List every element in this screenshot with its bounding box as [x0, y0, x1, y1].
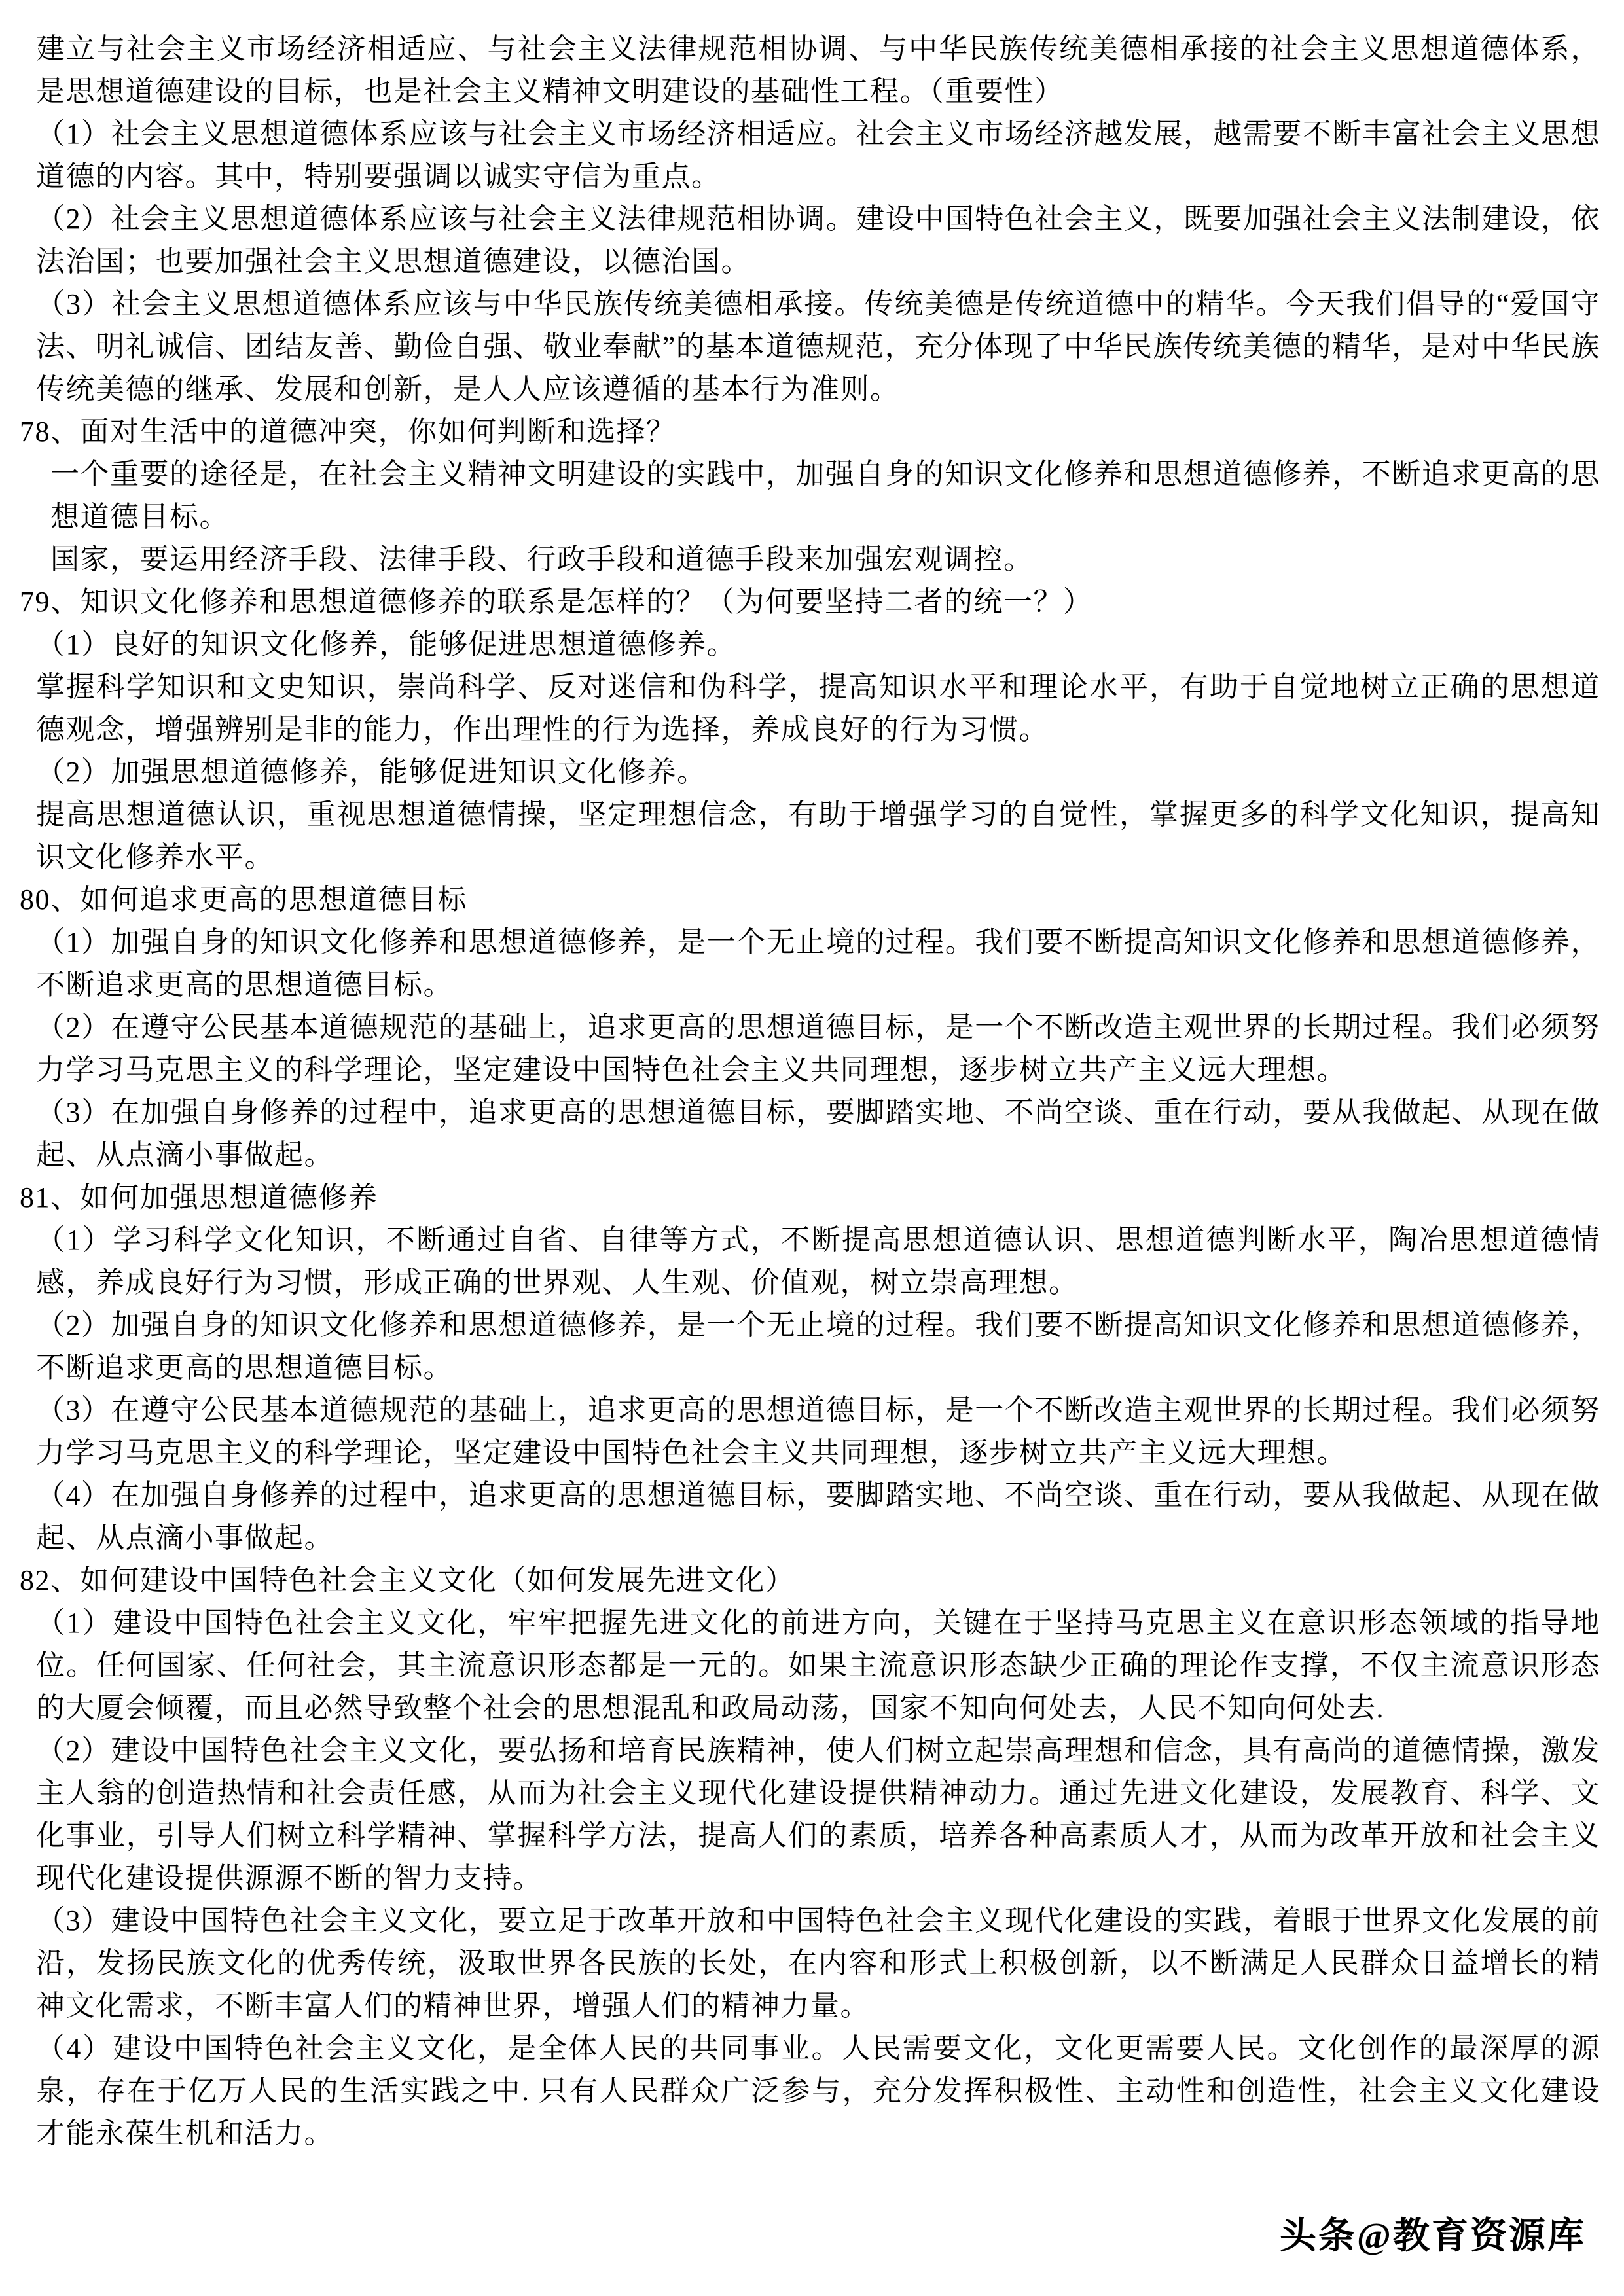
- page: 建立与社会主义市场经济相适应、与社会主义法律规范相协调、与中华民族传统美德相承接…: [0, 0, 1624, 2296]
- paragraph: （3）在遵守公民基本道德规范的基础上，追求更高的思想道德目标，是一个不断改造主观…: [36, 1389, 1600, 1474]
- paragraph: （2）社会主义思想道德体系应该与社会主义法律规范相协调。建设中国特色社会主义，既…: [36, 198, 1600, 283]
- paragraph: （3）建设中国特色社会主义文化，要立足于改革开放和中国特色社会主义现代化建设的实…: [36, 1899, 1600, 2027]
- document-body: 建立与社会主义市场经济相适应、与社会主义法律规范相协调、与中华民族传统美德相承接…: [36, 27, 1600, 2155]
- watermark-text: 头条@教育资源库: [1280, 2207, 1586, 2259]
- paragraph: 国家，要运用经济手段、法律手段、行政手段和道德手段来加强宏观调控。: [50, 538, 1600, 581]
- question-heading: 80、如何追求更高的思想道德目标: [20, 878, 1600, 921]
- paragraph: （2）建设中国特色社会主义文化，要弘扬和培育民族精神，使人们树立起崇高理想和信念…: [36, 1729, 1600, 1899]
- paragraph: （3）在加强自身修养的过程中，追求更高的思想道德目标，要脚踏实地、不尚空谈、重在…: [36, 1091, 1600, 1176]
- paragraph: 提高思想道德认识，重视思想道德情操，坚定理想信念，有助于增强学习的自觉性，掌握更…: [36, 793, 1600, 878]
- question-heading: 78、面对生活中的道德冲突，你如何判断和选择？: [20, 410, 1600, 453]
- paragraph: 建立与社会主义市场经济相适应、与社会主义法律规范相协调、与中华民族传统美德相承接…: [36, 27, 1600, 113]
- paragraph: （2）加强自身的知识文化修养和思想道德修养，是一个无止境的过程。我们要不断提高知…: [36, 1304, 1600, 1389]
- paragraph: （1）加强自身的知识文化修养和思想道德修养，是一个无止境的过程。我们要不断提高知…: [36, 921, 1600, 1006]
- paragraph: （4）建设中国特色社会主义文化，是全体人民的共同事业。人民需要文化，文化更需要人…: [36, 2027, 1600, 2155]
- question-heading: 81、如何加强思想道德修养: [20, 1176, 1600, 1219]
- paragraph: （1）建设中国特色社会主义文化，牢牢把握先进文化的前进方向，关键在于坚持马克思主…: [36, 1602, 1600, 1729]
- question-heading: 79、知识文化修养和思想道德修养的联系是怎样的？（为何要坚持二者的统一？）: [20, 581, 1600, 623]
- paragraph: （1）良好的知识文化修养，能够促进思想道德修养。: [36, 623, 1600, 666]
- paragraph: （4）在加强自身修养的过程中，追求更高的思想道德目标，要脚踏实地、不尚空谈、重在…: [36, 1474, 1600, 1559]
- paragraph: （1）学习科学文化知识，不断通过自省、自律等方式，不断提高思想道德认识、思想道德…: [36, 1219, 1600, 1304]
- paragraph: （3）社会主义思想道德体系应该与中华民族传统美德相承接。传统美德是传统道德中的精…: [36, 283, 1600, 410]
- question-heading: 82、如何建设中国特色社会主义文化（如何发展先进文化）: [20, 1559, 1600, 1602]
- paragraph: （2）在遵守公民基本道德规范的基础上，追求更高的思想道德目标，是一个不断改造主观…: [36, 1006, 1600, 1091]
- paragraph: （2）加强思想道德修养，能够促进知识文化修养。: [36, 751, 1600, 793]
- paragraph: 掌握科学知识和文史知识，崇尚科学、反对迷信和伪科学，提高知识水平和理论水平，有助…: [36, 666, 1600, 751]
- paragraph: 一个重要的途径是，在社会主义精神文明建设的实践中，加强自身的知识文化修养和思想道…: [50, 453, 1600, 538]
- paragraph: （1）社会主义思想道德体系应该与社会主义市场经济相适应。社会主义市场经济越发展，…: [36, 113, 1600, 198]
